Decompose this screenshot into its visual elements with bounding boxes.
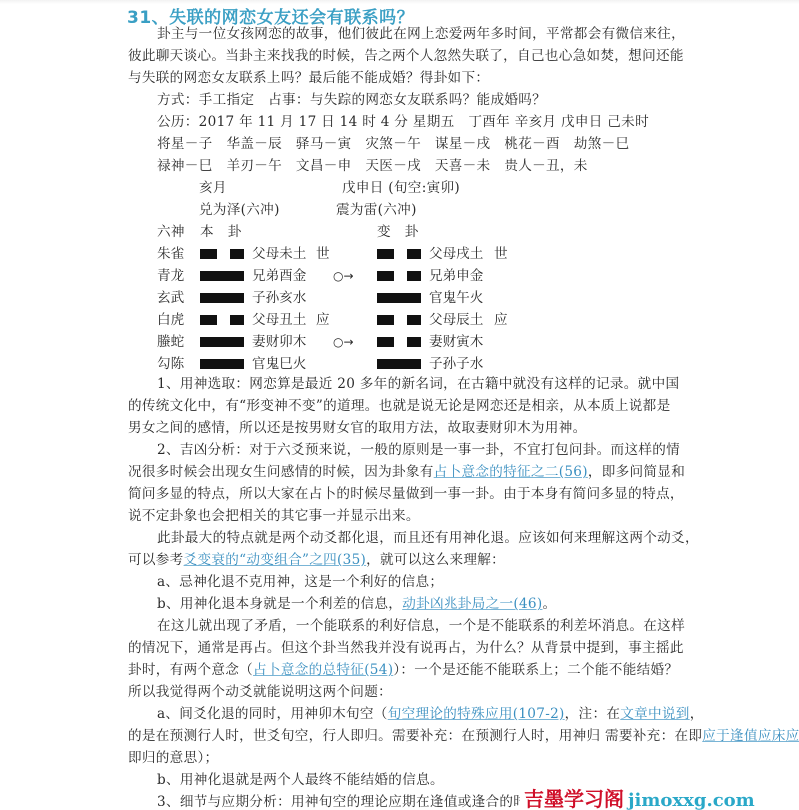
- document-page: 31、失联的网恋女友还会有联系吗？ 卦主与一位女孩网恋的故事，他们彼此在网上恋爱…: [0, 0, 799, 810]
- yin-line-icon: [377, 315, 421, 325]
- p2-text-post: ，即多问简显和: [588, 464, 685, 480]
- chg-gua-name: 震为雷(六冲): [336, 201, 417, 219]
- six-god-label: 朱雀: [157, 245, 197, 263]
- p3-text-post: ，就可以这么来理解：: [366, 552, 505, 568]
- chg-shi-ying-mark: 应: [494, 311, 508, 329]
- chg-relation: 官鬼午火: [429, 289, 483, 307]
- point-b2: b、用神化退就是两个人最终不能结婚的信息。: [157, 771, 444, 789]
- orig-relation: 父母未土: [252, 245, 306, 263]
- a2-text-post: ，: [690, 706, 704, 722]
- a2-text-mid: ，注：在: [565, 706, 621, 722]
- site-watermark: 吉墨学习阁jimoxxg.com: [520, 783, 759, 810]
- p4-line-2: 的情况下，通常是再占。但这个卦当然我并没有说再占，为什么？从背景中提到，事主摇此: [128, 639, 684, 657]
- a2-text: a、间爻化退的同时，用神卯木旬空（: [157, 706, 388, 722]
- p4-line-3: 卦时，有两个意念（占卜意念的总特征(54)）：一个是还能不能联系上；二个能不能结…: [128, 661, 678, 679]
- p4-line-4: 所以我觉得两个动爻就能说明这两个问题：: [128, 683, 392, 701]
- six-god-label: 白虎: [157, 311, 197, 329]
- orig-gua-header: 本 卦: [200, 223, 242, 241]
- chg-relation: 父母辰土: [429, 311, 483, 329]
- stars-line-1: 将星－子 华盖－辰 驿马－寅 灾煞－午 谋星－戌 桃花－酉 劫煞－巳: [157, 135, 629, 153]
- p2-text: 况很多时候会出现女生问感情的时候，因为卦象有: [128, 464, 434, 480]
- p5-line-1: 3、细节与应期分析：用神旬空的理论应期在逢值或逢合的时: [157, 793, 527, 810]
- p3-line-2: 可以参考爻变衰的“动变组合”之四(35)，就可以这么来理解：: [128, 551, 505, 569]
- yang-line-icon: [377, 293, 421, 303]
- p1-line-3: 男女之间的感情，所以还是按男财女官的取用方法，故取妻财卯木为用神。: [128, 419, 587, 437]
- intro-line-3: 与失联的网恋女友联系上吗？最后能不能成婚？得卦如下：: [128, 69, 489, 87]
- month-label: 亥月: [199, 179, 227, 197]
- intro-line-1: 卦主与一位女孩网恋的故事，他们彼此在网上恋爱两年多时间，平常都会有微信来往，: [157, 25, 685, 43]
- orig-relation: 子孙亥水: [252, 289, 306, 307]
- point-a: a、忌神化退不克用神，这是一个利好的信息；: [157, 573, 443, 591]
- chg-relation: 父母戌土: [429, 245, 483, 263]
- point-b: b、用神化退本身就是一个利差的信息，动卦凶兆卦局之一(46)。: [157, 595, 556, 613]
- intro-line-2: 彼此聊天谈心。当卦主来找我的时候，告之两个人忽然失联了，自己也心急如焚，想问还能: [128, 47, 684, 65]
- chg-relation: 妻财寅木: [429, 333, 483, 351]
- orig-relation: 父母丑土: [252, 311, 306, 329]
- p3-line-1: 此卦最大的特点就是两个动爻都化退，而且还有用神化退。应该如何来理解这两个动爻，: [157, 529, 699, 547]
- orig-shi-ying-mark: 应: [316, 311, 330, 329]
- gods-header: 六神: [157, 223, 185, 241]
- yin-line-icon: [200, 315, 244, 325]
- link-moving-omen-1[interactable]: 动卦凶兆卦局之一(46): [402, 596, 542, 612]
- p2-line-2: 况很多时候会出现女生问感情的时候，因为卦象有占卜意念的特征之二(56)，即多问简…: [128, 463, 685, 481]
- moving-line-arrow-icon: ○→: [333, 333, 354, 351]
- orig-relation: 妻财卯木: [252, 333, 306, 351]
- point-a2-line-1: a、间爻化退的同时，用神卯木旬空（旬空理论的特殊应用(107-2)，注：在文章中…: [157, 705, 704, 723]
- orig-relation: 官鬼巳火: [252, 355, 306, 373]
- p4-text-post: ）：一个是还能不能联系上；二个能不能结婚？: [393, 662, 678, 678]
- a2-l2-text: 的是在预测行人时，世爻旬空，行人即归。需要补充：在预测行人时，用神归 需要补充：…: [128, 728, 702, 744]
- link-void-theory-application[interactable]: 旬空理论的特殊应用(107-2): [388, 706, 565, 722]
- p2-line-1: 2、吉凶分析：对于六爻预来说，一般的原则是一事一卦，不宜打包问卦。而这样的情: [157, 441, 680, 459]
- six-god-label: 青龙: [157, 267, 197, 285]
- orig-relation: 兄弟酉金: [252, 267, 306, 285]
- point-a2-line-2: 的是在预测行人时，世爻旬空，行人即归。需要补充：在预测行人时，用神归 需要补充：…: [128, 727, 799, 745]
- p3-text: 可以参考: [128, 552, 184, 568]
- p4-text: 卦时，有两个意念（: [128, 662, 253, 678]
- yin-line-icon: [377, 337, 421, 347]
- yang-line-icon: [200, 271, 244, 281]
- orig-gua-name: 兑为泽(六冲): [199, 201, 280, 219]
- method-line: 方式：手工指定 占事：与失踪的网恋女友联系吗？能成婚吗？: [157, 91, 546, 109]
- yang-line-icon: [200, 293, 244, 303]
- link-overlap[interactable]: 应于逢值应床应: [702, 728, 799, 744]
- yang-line-icon: [377, 359, 421, 369]
- chg-shi-ying-mark: 世: [494, 245, 508, 263]
- p1-line-1: 1、用神选取：网恋算是最近 20 多年的新名词，在古籍中就没有这样的记录。就中国: [157, 375, 679, 393]
- yang-line-icon: [200, 337, 244, 347]
- orig-shi-ying-mark: 世: [316, 245, 330, 263]
- point-b-text: b、用神化退本身就是一个利差的信息，: [157, 596, 402, 612]
- day-label: 戊申日 (旬空:寅卯): [342, 179, 460, 197]
- six-god-label: 螣蛇: [157, 333, 197, 351]
- p2-line-3: 简问多显的特点，所以大家在占卜的时候尽量做到一事一卦。由于本身有简问多显的特点，: [128, 485, 684, 503]
- link-yao-change-combo-4[interactable]: 爻变衰的“动变组合”之四(35): [184, 552, 367, 568]
- yin-line-icon: [377, 249, 421, 259]
- point-b-post: 。: [542, 596, 556, 612]
- chg-relation: 子孙子水: [429, 355, 483, 373]
- six-god-label: 勾陈: [157, 355, 197, 373]
- link-article[interactable]: 文章中说到: [620, 706, 689, 722]
- six-god-label: 玄武: [157, 289, 197, 307]
- chg-relation: 兄弟申金: [429, 267, 483, 285]
- watermark-en: jimoxxg.com: [628, 790, 755, 810]
- watermark-cn: 吉墨学习阁: [524, 787, 624, 810]
- link-intent-general-feature[interactable]: 占卜意念的总特征(54): [253, 662, 393, 678]
- yang-line-icon: [200, 359, 244, 369]
- link-divination-feature-2[interactable]: 占卜意念的特征之二(56): [434, 464, 588, 480]
- calendar-line: 公历：2017 年 11 月 17 日 14 时 4 分 星期五 丁酉年 辛亥月…: [157, 113, 649, 131]
- chg-gua-header: 变 卦: [377, 223, 419, 241]
- stars-line-2: 禄神－巳 羊刃－午 文昌－申 天医－戌 天喜－未 贵人－丑，未: [157, 157, 588, 175]
- p4-line-1: 在这儿就出现了矛盾，一个能联系的利好信息，一个是不能联系的利差坏消息。在这样: [157, 617, 685, 635]
- point-a2-line-3: 即归的意思）；: [128, 749, 218, 767]
- p1-line-2: 的传统文化中，有“形变神不变”的道理。也就是说无论是网恋还是相亲，从本质上说都是: [128, 397, 670, 415]
- yin-line-icon: [200, 249, 244, 259]
- yin-line-icon: [377, 271, 421, 281]
- p2-line-4: 说不定卦象也会把相关的其它事一并显示出来。: [128, 507, 420, 525]
- moving-line-arrow-icon: ○→: [333, 267, 354, 285]
